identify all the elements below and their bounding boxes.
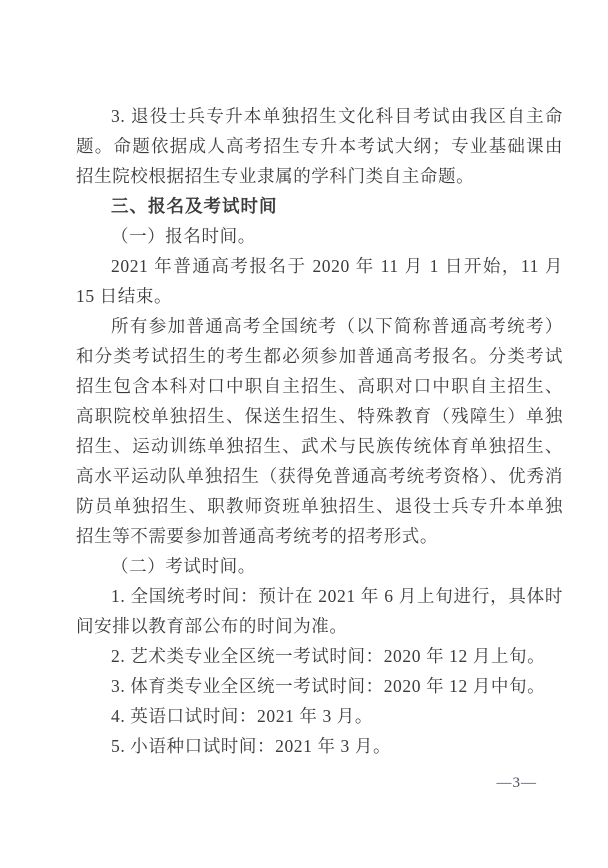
paragraph: 1. 全国统考时间：预计在 2021 年 6 月上旬进行，具体时间安排以教育部公…: [76, 581, 563, 641]
document-body: 3. 退役士兵专升本单独招生文化科目考试由我区自主命题。命题依据成人高考招生专升…: [76, 101, 563, 761]
paragraph: （二）考试时间。: [76, 551, 563, 581]
paragraph: 3. 退役士兵专升本单独招生文化科目考试由我区自主命题。命题依据成人高考招生专升…: [76, 101, 563, 191]
paragraph: 所有参加普通高考全国统考（以下简称普通高考统考）和分类考试招生的考生都必须参加普…: [76, 311, 563, 551]
document-page: 3. 退役士兵专升本单独招生文化科目考试由我区自主命题。命题依据成人高考招生专升…: [0, 0, 608, 868]
page-number: —3—: [497, 775, 538, 791]
paragraph: 5. 小语种口试时间：2021 年 3 月。: [76, 731, 563, 761]
section-heading: 三、报名及考试时间: [76, 191, 563, 221]
paragraph: 3. 体育类专业全区统一考试时间：2020 年 12 月中旬。: [76, 671, 563, 701]
paragraph: 2. 艺术类专业全区统一考试时间：2020 年 12 月上旬。: [76, 641, 563, 671]
paragraph: 2021 年普通高考报名于 2020 年 11 月 1 日开始，11 月 15 …: [76, 251, 563, 311]
paragraph: 4. 英语口试时间：2021 年 3 月。: [76, 701, 563, 731]
page-footer: —3—: [0, 774, 537, 792]
paragraph: （一）报名时间。: [76, 221, 563, 251]
